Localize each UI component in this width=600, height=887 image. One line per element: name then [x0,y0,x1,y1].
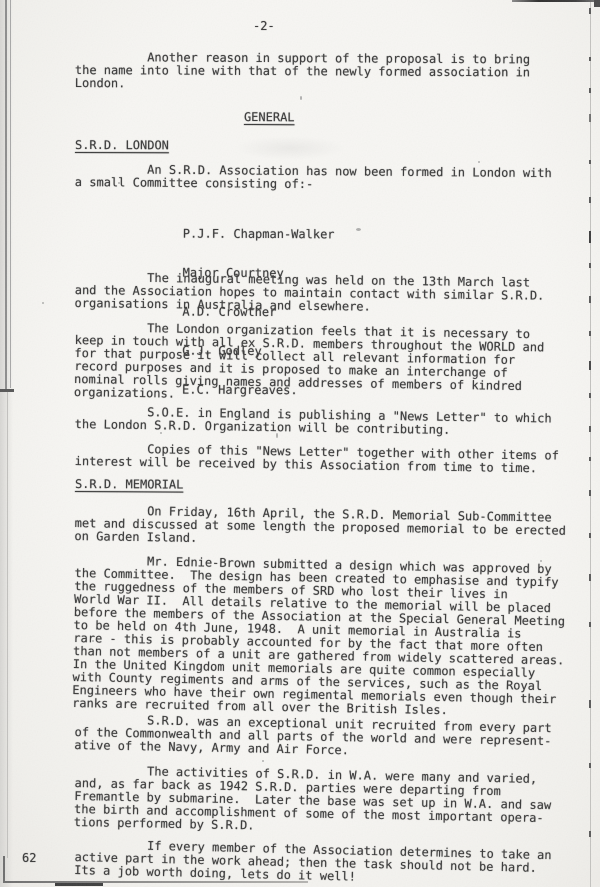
scanned-document-page: -2- Another reason in support of the pro… [0,0,600,887]
paper-noise-texture [0,0,600,887]
